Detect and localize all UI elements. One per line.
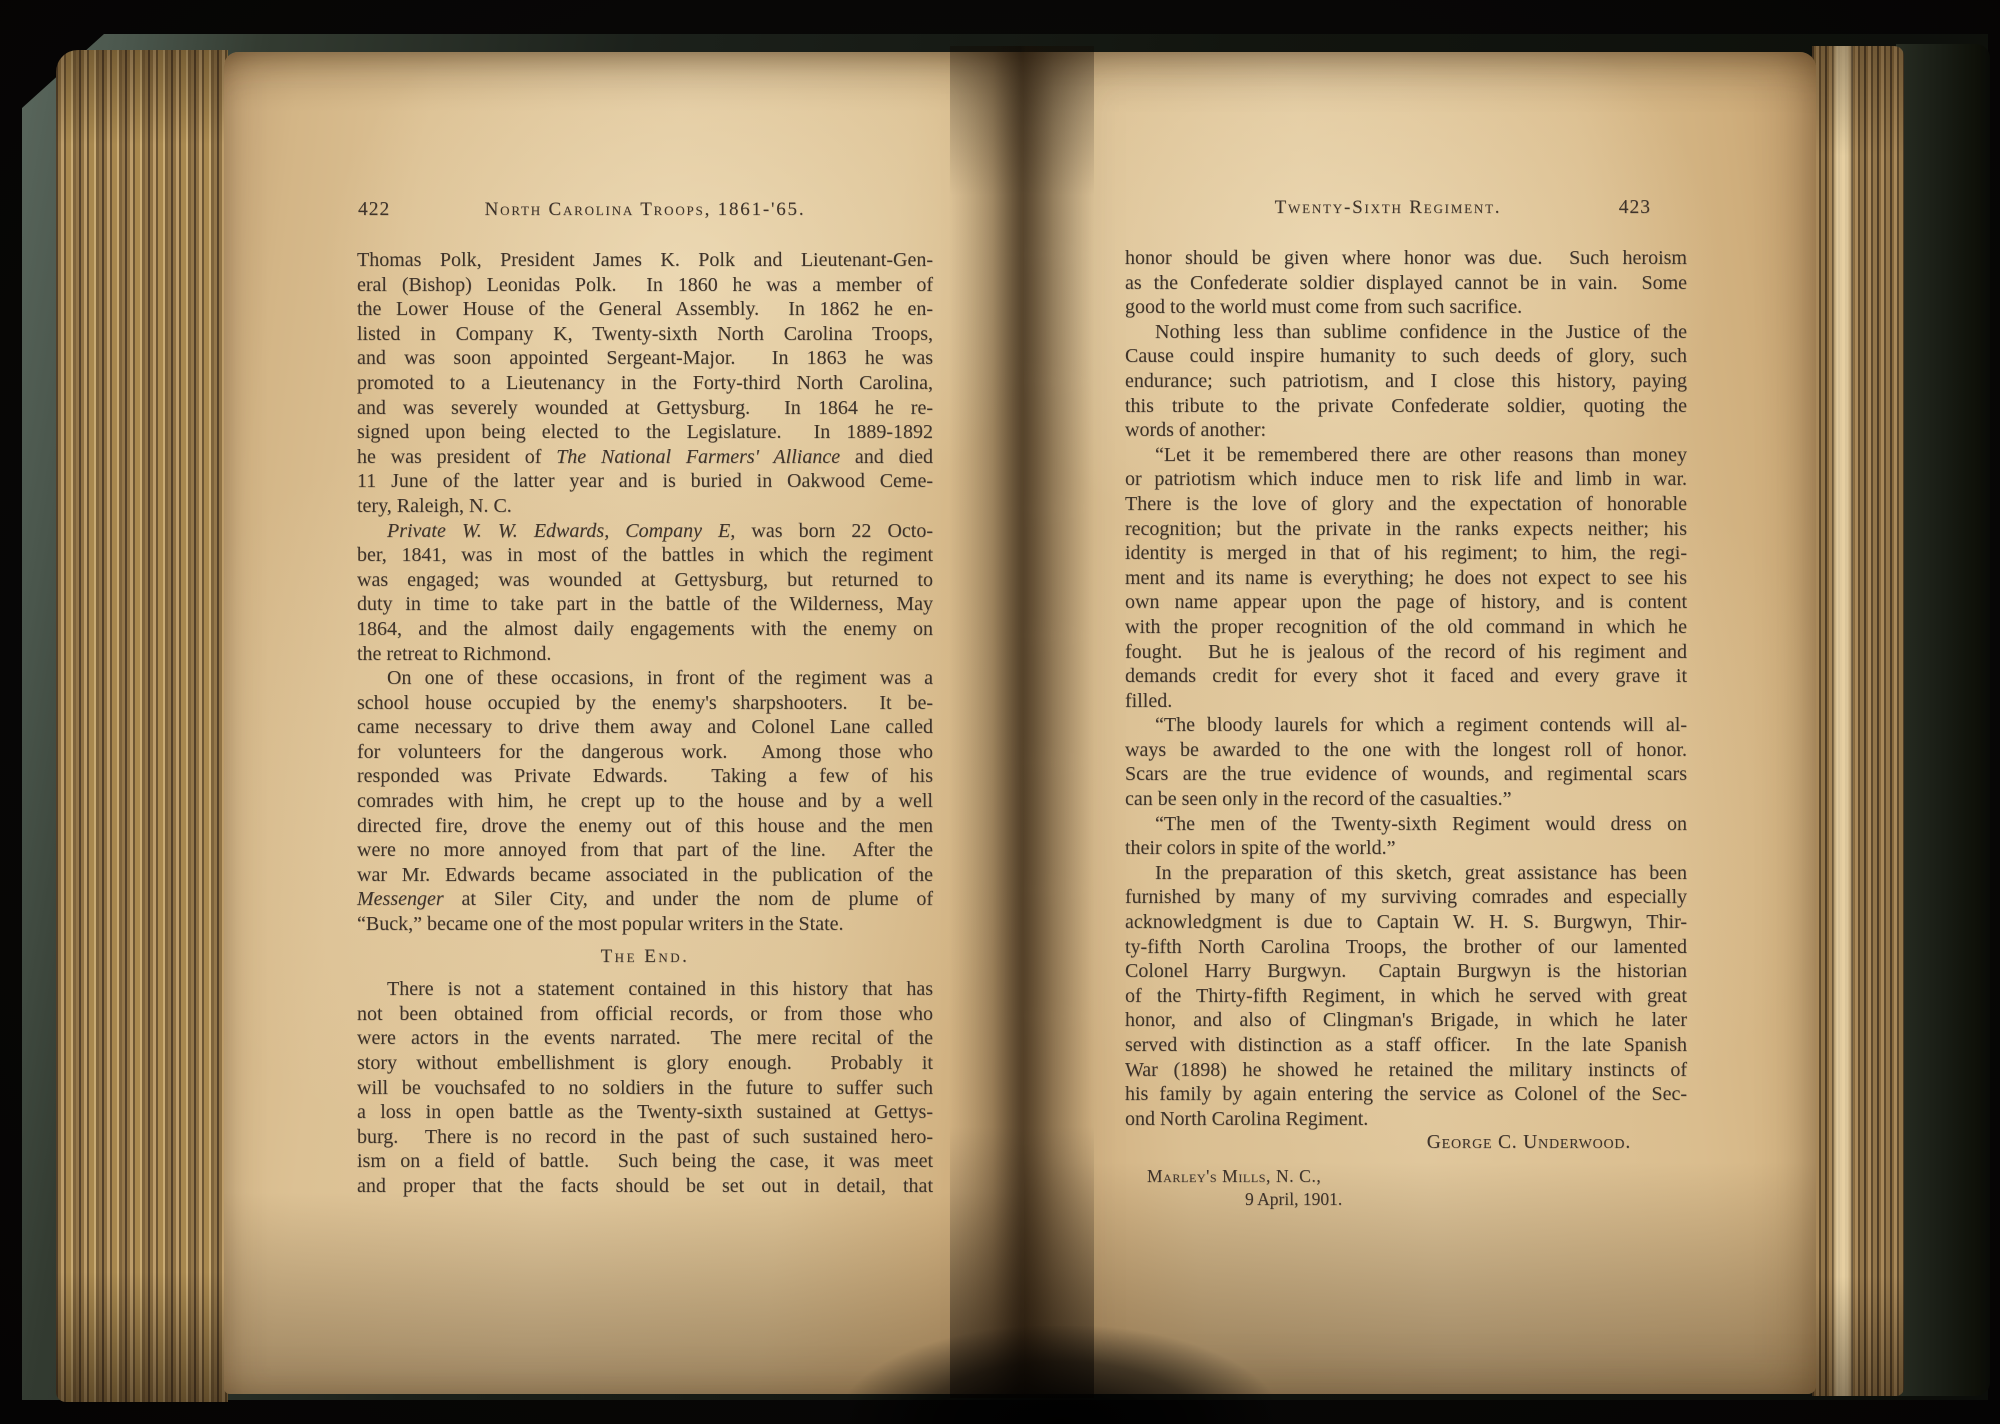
right-page-body: honor should be given where honor was du… xyxy=(1125,246,1687,1211)
text-line: honor should be given where honor was du… xyxy=(1125,246,1687,271)
text-line: ways be awarded to the one with the long… xyxy=(1125,738,1687,763)
left-page-number: 422 xyxy=(358,197,390,223)
text-line: this tribute to the private Confederate … xyxy=(1125,394,1687,419)
open-book-photo: 422 North Carolina Troops, 1861-'65. Tho… xyxy=(0,0,2000,1424)
text-line: school house occupied by the enemy's sha… xyxy=(357,691,933,716)
text-line: the Lower House of the General Assembly.… xyxy=(357,297,933,322)
text-line: or patriotism which induce men to risk l… xyxy=(1125,467,1687,492)
text-line: the retreat to Richmond. xyxy=(357,642,933,667)
text-line: and was soon appointed Sergeant-Major. I… xyxy=(357,346,933,371)
text-line: for volunteers for the dangerous work. A… xyxy=(357,740,933,765)
text-line: “Let it be remembered there are other re… xyxy=(1125,443,1687,468)
text-line: comrades with him, he crept up to the ho… xyxy=(357,789,933,814)
dateline-place: Marley's Mills, N. C., xyxy=(1125,1165,1687,1188)
text-line: can be seen only in the record of the ca… xyxy=(1125,787,1687,812)
text-line: eral (Bishop) Leonidas Polk. In 1860 he … xyxy=(357,273,933,298)
right-page-text: Twenty-Sixth Regiment. 423 honor should … xyxy=(1125,195,1687,1211)
paragraph: Private W. W. Edwards, Company E, was bo… xyxy=(357,519,933,667)
right-page-edges xyxy=(1812,46,1904,1396)
text-line: acknowledgment is due to Captain W. H. S… xyxy=(1125,910,1687,935)
text-line: as the Confederate soldier displayed can… xyxy=(1125,271,1687,296)
right-page-number: 423 xyxy=(1619,195,1651,221)
text-line: identity is merged in that of his regime… xyxy=(1125,541,1687,566)
text-line: served with distinction as a staff offic… xyxy=(1125,1033,1687,1058)
section-heading: The End. xyxy=(357,945,933,970)
text-line: endurance; such patriotism, and I close … xyxy=(1125,369,1687,394)
text-line: Private W. W. Edwards, Company E, was bo… xyxy=(357,519,933,544)
text-line: ism on a field of battle. Such being the… xyxy=(357,1149,933,1174)
text-line: “The men of the Twenty-sixth Regiment wo… xyxy=(1125,812,1687,837)
text-line: a loss in open battle as the Twenty-sixt… xyxy=(357,1100,933,1125)
text-line: honor, and also of Clingman's Brigade, i… xyxy=(1125,1008,1687,1033)
text-line: promoted to a Lieutenancy in the Forty-t… xyxy=(357,371,933,396)
text-line: ond North Carolina Regiment. xyxy=(1125,1107,1687,1132)
text-line: of the Thirty-fifth Regiment, in which h… xyxy=(1125,984,1687,1009)
paragraph: In the preparation of this sketch, great… xyxy=(1125,861,1687,1132)
paragraph: Nothing less than sublime confidence in … xyxy=(1125,320,1687,443)
text-line: own name appear upon the page of history… xyxy=(1125,590,1687,615)
text-line: burg. There is no record in the past of … xyxy=(357,1125,933,1150)
text-line: 1864, and the almost daily engagements w… xyxy=(357,617,933,642)
text-line: duty in time to take part in the battle … xyxy=(357,592,933,617)
book-cover-right-edge xyxy=(1896,44,1990,1396)
paragraph: Thomas Polk, President James K. Polk and… xyxy=(357,248,933,519)
text-line: words of another: xyxy=(1125,418,1687,443)
text-line: fought. But he is jealous of the record … xyxy=(1125,640,1687,665)
text-line: came necessary to drive them away and Co… xyxy=(357,715,933,740)
text-line: and proper that the facts should be set … xyxy=(357,1174,933,1199)
left-page-text: 422 North Carolina Troops, 1861-'65. Tho… xyxy=(357,197,933,1199)
text-line: signed upon being elected to the Legisla… xyxy=(357,420,933,445)
text-line: ment and its name is everything; he does… xyxy=(1125,566,1687,591)
text-line: There is not a statement contained in th… xyxy=(357,977,933,1002)
text-line: ty-fifth North Carolina Troops, the brot… xyxy=(1125,935,1687,960)
left-running-head: 422 North Carolina Troops, 1861-'65. xyxy=(357,197,933,223)
text-line: good to the world must come from such sa… xyxy=(1125,295,1687,320)
text-line: demands credit for every shot it faced a… xyxy=(1125,664,1687,689)
left-page-edges xyxy=(56,50,228,1402)
paragraph: “Let it be remembered there are other re… xyxy=(1125,443,1687,714)
right-running-head: Twenty-Sixth Regiment. 423 xyxy=(1125,195,1687,221)
text-line: In the preparation of this sketch, great… xyxy=(1125,861,1687,886)
text-line: was engaged; was wounded at Gettysburg, … xyxy=(357,568,933,593)
text-line: “Buck,” became one of the most popular w… xyxy=(357,912,933,937)
text-line: responded was Private Edwards. Taking a … xyxy=(357,764,933,789)
text-line: their colors in spite of the world.” xyxy=(1125,836,1687,861)
paragraph: honor should be given where honor was du… xyxy=(1125,246,1687,320)
text-line: War (1898) he showed he retained the mil… xyxy=(1125,1058,1687,1083)
text-line: he was president of The National Farmers… xyxy=(357,445,933,470)
left-running-title: North Carolina Troops, 1861-'65. xyxy=(357,197,933,223)
text-line: 11 June of the latter year and is buried… xyxy=(357,469,933,494)
text-line: will be vouchsafed to no soldiers in the… xyxy=(357,1076,933,1101)
dateline: Marley's Mills, N. C.,9 April, 1901. xyxy=(1125,1165,1687,1211)
text-line: war Mr. Edwards became associated in the… xyxy=(357,863,933,888)
text-line: Thomas Polk, President James K. Polk and… xyxy=(357,248,933,273)
text-line: Nothing less than sublime confidence in … xyxy=(1125,320,1687,345)
paragraph: There is not a statement contained in th… xyxy=(357,977,933,1198)
paragraph: On one of these occasions, in front of t… xyxy=(357,666,933,937)
text-line: Scars are the true evidence of wounds, a… xyxy=(1125,762,1687,787)
paragraph: “The men of the Twenty-sixth Regiment wo… xyxy=(1125,812,1687,861)
text-line: tery, Raleigh, N. C. xyxy=(357,494,933,519)
text-line: his family by again entering the service… xyxy=(1125,1082,1687,1107)
text-line: On one of these occasions, in front of t… xyxy=(357,666,933,691)
text-line: ber, 1841, was in most of the battles in… xyxy=(357,543,933,568)
text-line: “The bloody laurels for which a regiment… xyxy=(1125,713,1687,738)
left-page-body: Thomas Polk, President James K. Polk and… xyxy=(357,248,933,1199)
text-line: recognition; but the private in the rank… xyxy=(1125,517,1687,542)
text-line: Colonel Harry Burgwyn. Captain Burgwyn i… xyxy=(1125,959,1687,984)
text-line: There is the love of glory and the expec… xyxy=(1125,492,1687,517)
dateline-date: 9 April, 1901. xyxy=(1125,1188,1687,1211)
text-line: furnished by many of my surviving comrad… xyxy=(1125,885,1687,910)
text-line: and was severely wounded at Gettysburg. … xyxy=(357,396,933,421)
text-line: with the proper recognition of the old c… xyxy=(1125,615,1687,640)
text-line: Cause could inspire humanity to such dee… xyxy=(1125,344,1687,369)
author-signature: George C. Underwood. xyxy=(1125,1131,1687,1156)
text-line: were actors in the events narrated. The … xyxy=(357,1026,933,1051)
text-line: directed fire, drove the enemy out of th… xyxy=(357,814,933,839)
text-line: filled. xyxy=(1125,689,1687,714)
text-line: were no more annoyed from that part of t… xyxy=(357,838,933,863)
text-line: not been obtained from official records,… xyxy=(357,1002,933,1027)
paragraph: “The bloody laurels for which a regiment… xyxy=(1125,713,1687,811)
right-running-title: Twenty-Sixth Regiment. xyxy=(1125,195,1687,221)
text-line: story without embellishment is glory eno… xyxy=(357,1051,933,1076)
text-line: Messenger at Siler City, and under the n… xyxy=(357,887,933,912)
text-line: listed in Company K, Twenty-sixth North … xyxy=(357,322,933,347)
